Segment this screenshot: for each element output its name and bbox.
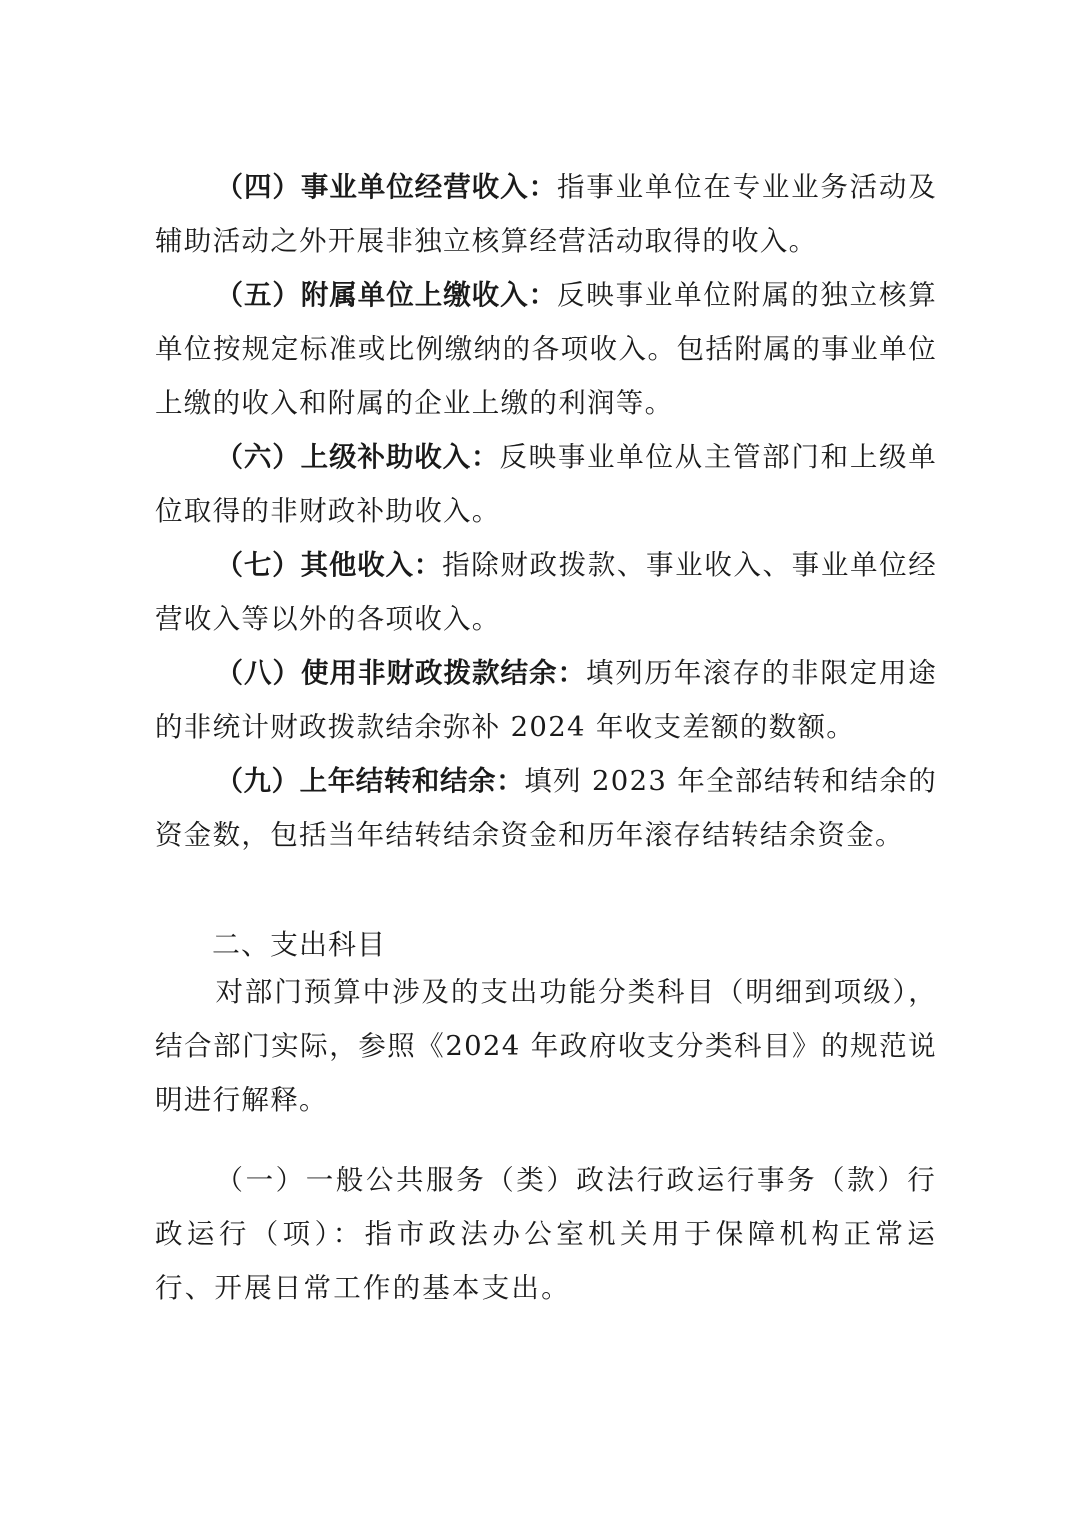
section-intro: 对部门预算中涉及的支出功能分类科目（明细到项级），结合部门实际，参照《2024 … <box>155 965 937 1127</box>
item-label: （五）附属单位上缴收入： <box>216 279 558 311</box>
item-label: （四）事业单位经营收入： <box>216 171 558 203</box>
income-item-business-operation: （四）事业单位经营收入：指事业单位在专业业务活动及辅助活动之外开展非独立核算经营… <box>155 160 937 268</box>
income-item-non-fiscal-surplus: （八）使用非财政拨款结余：填列历年滚存的非限定用途的非统计财政拨款结余弥补 20… <box>155 646 937 754</box>
item-label: （六）上级补助收入： <box>216 441 500 473</box>
item-label: （八）使用非财政拨款结余： <box>216 657 586 689</box>
income-item-other: （七）其他收入：指除财政拨款、事业收入、事业单位经营收入等以外的各项收入。 <box>155 538 937 646</box>
document-page: （四）事业单位经营收入：指事业单位在专业业务活动及辅助活动之外开展非独立核算经营… <box>0 0 1074 1520</box>
item-label: （九）上年结转和结余： <box>216 765 525 797</box>
section-heading-expenditure: 二、支出科目 <box>212 925 386 965</box>
income-item-prior-year-carryover: （九）上年结转和结余：填列 2023 年全部结转和结余的资金数，包括当年结转结余… <box>155 754 937 862</box>
expenditure-item-general-public-service: （一）一般公共服务（类）政法行政运行事务（款）行政运行（项）：指市政法办公室机关… <box>155 1153 937 1315</box>
item-label: （七）其他收入： <box>216 549 443 581</box>
income-item-affiliated-remittance: （五）附属单位上缴收入：反映事业单位附属的独立核算单位按规定标准或比例缴纳的各项… <box>155 268 937 430</box>
income-item-superior-subsidy: （六）上级补助收入：反映事业单位从主管部门和上级单位取得的非财政补助收入。 <box>155 430 937 538</box>
